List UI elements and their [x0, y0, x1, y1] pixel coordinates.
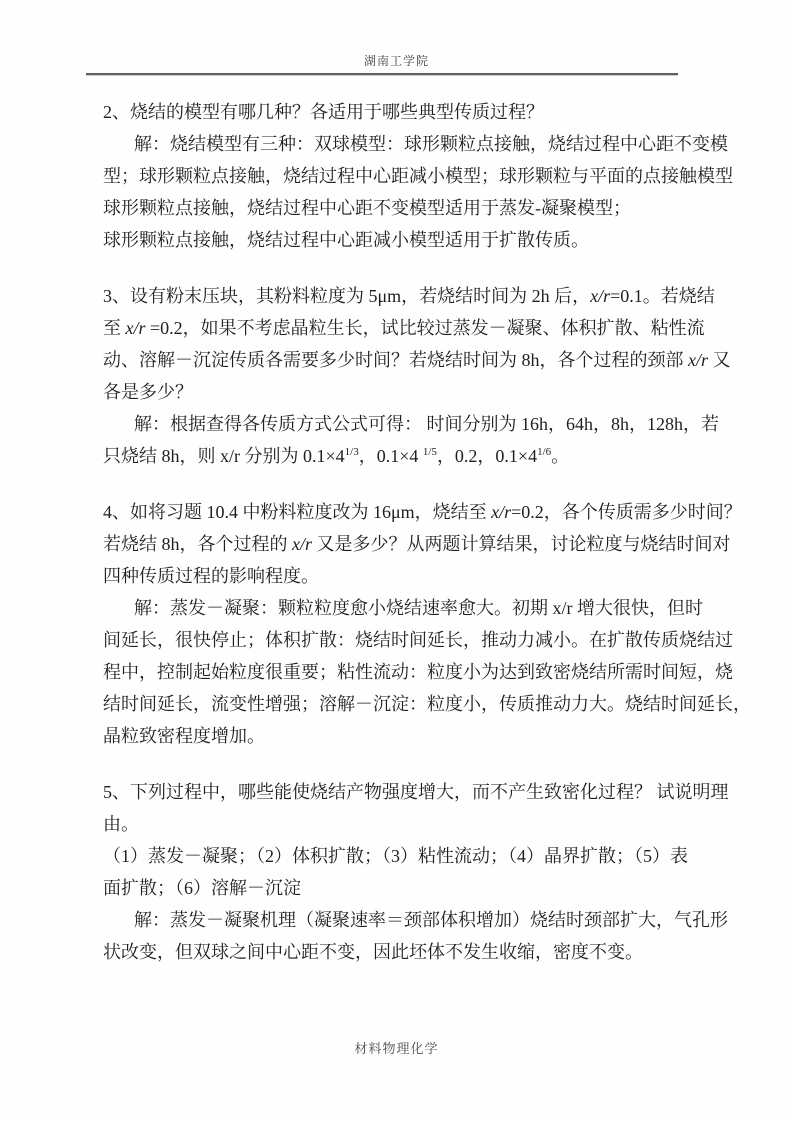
header-rule	[86, 73, 678, 76]
text-segment: 4、如将习题 10.4 中粉料粒度改为 16μm，烧结至	[103, 502, 491, 522]
text-segment: 2、烧结的模型有哪几种？各适用于哪些典型传质过程？	[103, 102, 544, 122]
text-segment: =0.2，各个传质需多少时间？	[511, 502, 742, 522]
text-segment: 动、溶解－沉淀传质各需要多少时间？若烧结时间为 8h，各个过程的颈部	[103, 350, 688, 370]
text-line: 解：蒸发－凝聚：颗粒粒度愈小烧结速率愈大。初期 x/r 增大很快，但时	[103, 592, 707, 624]
text-segment: =0.1。若烧结	[610, 286, 715, 306]
italic-variable: x/r	[491, 502, 511, 522]
italic-variable: x/r	[292, 534, 312, 554]
paragraph-spacer	[103, 752, 707, 776]
document-page: 湖南工学院 2、烧结的模型有哪几种？各适用于哪些典型传质过程？解：烧结模型有三种…	[0, 0, 793, 1122]
text-line: 球形颗粒点接触，烧结过程中心距减小模型适用于扩散传质。	[103, 224, 707, 256]
text-segment: 间延长，很快停止；体积扩散：烧结时间延长，推动力减小。在扩散传质烧结过	[103, 630, 733, 650]
text-segment: 解：蒸发－凝聚机理（凝聚速率＝颈部体积增加）烧结时颈部扩大，气孔形	[134, 910, 728, 930]
text-line: 间延长，很快停止；体积扩散：烧结时间延长，推动力减小。在扩散传质烧结过	[103, 624, 707, 656]
text-segment: 球形颗粒点接触，烧结过程中心距不变模型适用于蒸发-凝聚模型；	[103, 198, 631, 218]
text-line: 只烧结 8h，则 x/r 分别为 0.1×41/3，0.1×4 1/5，0.2，…	[103, 440, 707, 472]
text-segment: 若烧结 8h，各个过程的	[103, 534, 292, 554]
text-line: 晶粒致密程度增加。	[103, 720, 707, 752]
text-line: 至 x/r =0.2，如果不考虑晶粒生长，试比较过蒸发－凝聚、体积扩散、粘性流	[103, 312, 707, 344]
text-segment: 面扩散；（6）溶解－沉淀	[103, 878, 301, 898]
text-segment: 解：烧结模型有三种：双球模型：球形颗粒点接触，烧结过程中心距不变模	[134, 134, 728, 154]
text-line: 动、溶解－沉淀传质各需要多少时间？若烧结时间为 8h，各个过程的颈部 x/r 又	[103, 344, 707, 376]
paragraph-spacer	[103, 256, 707, 280]
text-line: 程中，控制起始粒度很重要；粘性流动：粒度小为达到致密烧结所需时间短，烧	[103, 656, 707, 688]
text-segment: =0.2，如果不考虑晶粒生长，试比较过蒸发－凝聚、体积扩散、粘性流	[146, 318, 705, 338]
paragraph-spacer	[103, 472, 707, 496]
text-line: 若烧结 8h，各个过程的 x/r 又是多少？从两题计算结果，讨论粒度与烧结时间对	[103, 528, 707, 560]
text-line: 由。	[103, 808, 707, 840]
text-line: 四种传质过程的影响程度。	[103, 560, 707, 592]
text-segment: 解：根据查得各传质方式公式可得： 时间分别为 16h，64h，8h，128h，若	[134, 414, 719, 434]
text-segment: 又	[708, 350, 731, 370]
text-segment: 各是多少？	[103, 382, 193, 402]
superscript-fraction: 1/3	[345, 446, 359, 458]
text-line: 解：蒸发－凝聚机理（凝聚速率＝颈部体积增加）烧结时颈部扩大，气孔形	[103, 904, 707, 936]
italic-variable: x/r	[688, 350, 708, 370]
text-segment: 5、下列过程中，哪些能使烧结产物强度增大，而不产生致密化过程？ 试说明理	[103, 782, 729, 802]
document-body: 2、烧结的模型有哪几种？各适用于哪些典型传质过程？解：烧结模型有三种：双球模型：…	[103, 96, 707, 968]
italic-variable: x/r	[126, 318, 146, 338]
text-segment: 型；球形颗粒点接触，烧结过程中心距减小模型；球形颗粒与平面的点接触模型	[103, 166, 733, 186]
text-segment: ，0.2，0.1×4	[437, 446, 537, 466]
text-segment: ，0.1×4	[359, 446, 423, 466]
footer-course-name: 材料物理化学	[354, 1041, 438, 1056]
text-line: 解：烧结模型有三种：双球模型：球形颗粒点接触，烧结过程中心距不变模	[103, 128, 707, 160]
text-segment: 四种传质过程的影响程度。	[103, 566, 319, 586]
text-line: 4、如将习题 10.4 中粉料粒度改为 16μm，烧结至 x/r=0.2，各个传…	[103, 496, 707, 528]
text-segment: 。	[551, 446, 569, 466]
superscript-fraction: 1/6	[537, 446, 551, 458]
header-school-name: 湖南工学院	[364, 54, 429, 68]
text-segment: 只烧结 8h，则 x/r 分别为 0.1×4	[103, 446, 345, 466]
text-segment: 3、设有粉末压块，其粉料粒度为 5μm，若烧结时间为 2h 后，	[103, 286, 590, 306]
superscript-fraction: 1/5	[423, 446, 437, 458]
text-line: 状改变，但双球之间中心距不变，因此坯体不发生收缩，密度不变。	[103, 936, 707, 968]
text-segment: （1）蒸发－凝聚；（2）体积扩散；（3）粘性流动；（4）晶界扩散；（5）表	[103, 846, 688, 866]
italic-variable: x/r	[590, 286, 610, 306]
text-segment: 晶粒致密程度增加。	[103, 726, 265, 746]
text-line: 5、下列过程中，哪些能使烧结产物强度增大，而不产生致密化过程？ 试说明理	[103, 776, 707, 808]
text-line: 面扩散；（6）溶解－沉淀	[103, 872, 707, 904]
text-line: 2、烧结的模型有哪几种？各适用于哪些典型传质过程？	[103, 96, 707, 128]
text-segment: 球形颗粒点接触，烧结过程中心距减小模型适用于扩散传质。	[103, 230, 589, 250]
text-line: 3、设有粉末压块，其粉料粒度为 5μm，若烧结时间为 2h 后，x/r=0.1。…	[103, 280, 707, 312]
text-segment: 解：蒸发－凝聚：颗粒粒度愈小烧结速率愈大。初期 x/r 增大很快，但时	[134, 598, 703, 618]
page-footer: 材料物理化学	[0, 1038, 793, 1057]
text-segment: 状改变，但双球之间中心距不变，因此坯体不发生收缩，密度不变。	[103, 942, 643, 962]
text-segment: 又是多少？从两题计算结果，讨论粒度与烧结时间对	[312, 534, 731, 554]
text-line: 各是多少？	[103, 376, 707, 408]
text-line: 球形颗粒点接触，烧结过程中心距不变模型适用于蒸发-凝聚模型；	[103, 192, 707, 224]
text-line: 解：根据查得各传质方式公式可得： 时间分别为 16h，64h，8h，128h，若	[103, 408, 707, 440]
text-segment: 由。	[103, 814, 139, 834]
page-header: 湖南工学院	[0, 52, 793, 69]
text-line: 结时间延长，流变性增强；溶解－沉淀：粒度小，传质推动力大。烧结时间延长，	[103, 688, 707, 720]
text-line: （1）蒸发－凝聚；（2）体积扩散；（3）粘性流动；（4）晶界扩散；（5）表	[103, 840, 707, 872]
text-segment: 结时间延长，流变性增强；溶解－沉淀：粒度小，传质推动力大。烧结时间延长，	[103, 694, 751, 714]
text-segment: 至	[103, 318, 126, 338]
text-segment: 程中，控制起始粒度很重要；粘性流动：粒度小为达到致密烧结所需时间短，烧	[103, 662, 733, 682]
text-line: 型；球形颗粒点接触，烧结过程中心距减小模型；球形颗粒与平面的点接触模型	[103, 160, 707, 192]
